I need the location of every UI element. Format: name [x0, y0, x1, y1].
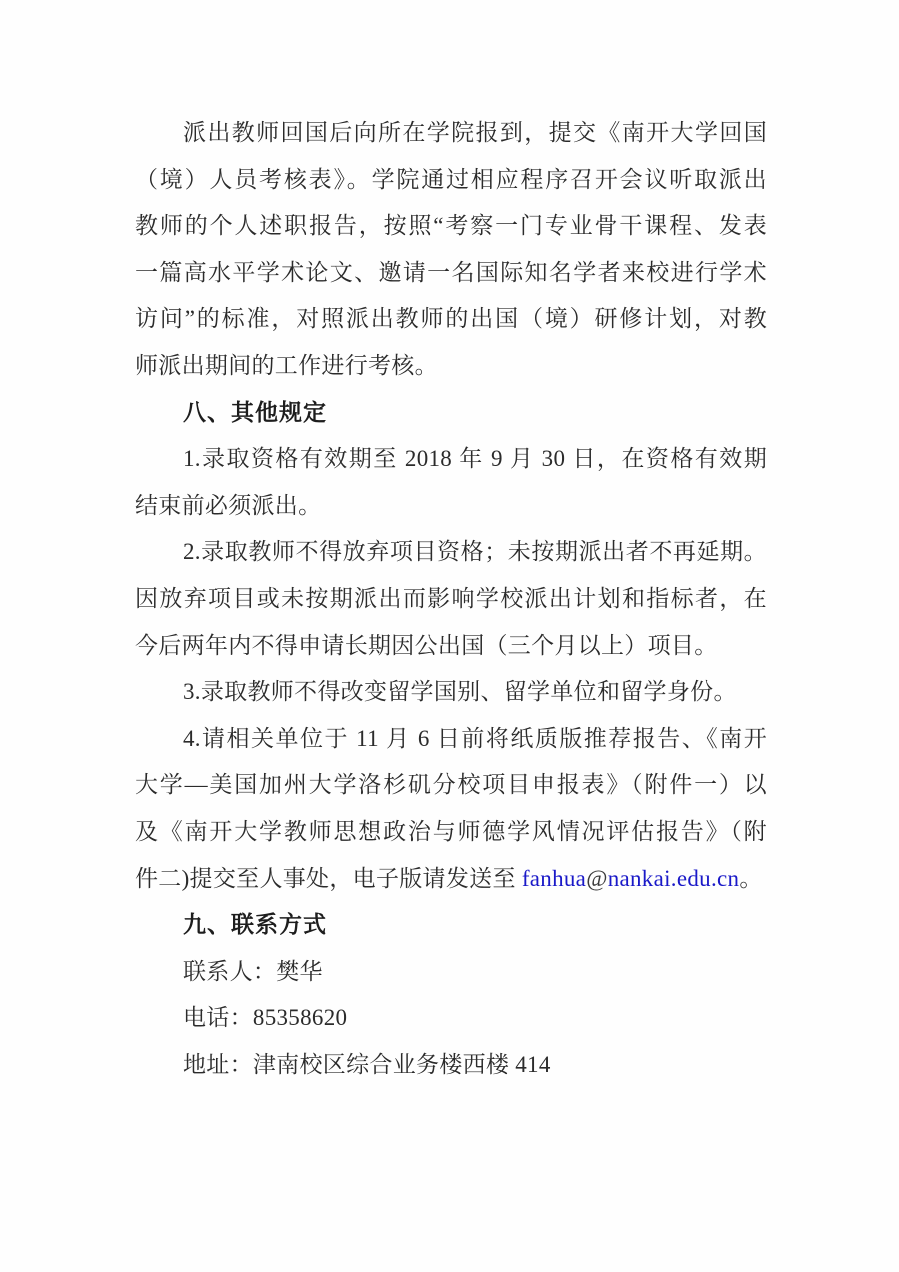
text-segment: 大学—美国加州大学洛杉矶分校项目申报表》（附件一）以: [135, 772, 767, 797]
text-segment: 1.录取资格有效期至 2018 年 9 月 30 日，在资格有效期: [183, 446, 767, 471]
text-segment: 九、联系方式: [183, 912, 327, 937]
paragraph-line: 今后两年内不得申请长期因公出国（三个月以上）项目。: [135, 623, 767, 670]
contact-address-line: 地址：津南校区综合业务楼西楼 414: [135, 1042, 767, 1089]
contact-name-line: 联系人：樊华: [135, 949, 767, 996]
paragraph-line: 及《南开大学教师思想政治与师德学风情况评估报告》（附: [135, 809, 767, 856]
paragraph-line: 3.录取教师不得改变留学国别、留学单位和留学身份。: [135, 669, 767, 716]
text-segment: 电话：85358620: [183, 1005, 347, 1030]
text-segment: 2.录取教师不得放弃项目资格；未按期派出者不再延期。: [183, 539, 767, 564]
text-segment: 教师的个人述职报告，按照“考察一门专业骨干课程、发表: [135, 213, 767, 238]
contact-phone-line: 电话：85358620: [135, 995, 767, 1042]
paragraph-line: 件二)提交至人事处，电子版请发送至 fanhua@nankai.edu.cn。: [135, 856, 767, 903]
paragraph-line: 教师的个人述职报告，按照“考察一门专业骨干课程、发表: [135, 203, 767, 250]
text-segment: 师派出期间的工作进行考核。: [135, 353, 438, 378]
paragraph-line: 一篇高水平学术论文、邀请一名国际知名学者来校进行学术: [135, 250, 767, 297]
text-segment: 3.录取教师不得改变留学国别、留学单位和留学身份。: [183, 679, 737, 704]
text-segment: 件二)提交至人事处，电子版请发送至: [135, 866, 522, 891]
text-segment: 4.请相关单位于 11 月 6 日前将纸质版推荐报告、《南开: [183, 726, 767, 751]
paragraph-line: 结束前必须派出。: [135, 483, 767, 530]
text-segment: （境）人员考核表》。学院通过相应程序召开会议听取派出: [135, 167, 767, 192]
text-segment: 及《南开大学教师思想政治与师德学风情况评估报告》（附: [135, 819, 767, 844]
text-segment: 一篇高水平学术论文、邀请一名国际知名学者来校进行学术: [135, 260, 767, 285]
text-segment: 结束前必须派出。: [135, 493, 321, 518]
text-segment: 联系人：樊华: [183, 959, 323, 984]
email-link[interactable]: nankai.edu.cn: [608, 866, 740, 891]
paragraph-line: 访问”的标准，对照派出教师的出国（境）研修计划，对教: [135, 296, 767, 343]
text-segment: 今后两年内不得申请长期因公出国（三个月以上）项目。: [135, 633, 718, 658]
document-body: 派出教师回国后向所在学院报到，提交《南开大学回国（境）人员考核表》。学院通过相应…: [135, 110, 767, 1088]
text-segment: 。: [739, 866, 762, 891]
email-link[interactable]: fanhua: [522, 866, 586, 891]
paragraph-line: 大学—美国加州大学洛杉矶分校项目申报表》（附件一）以: [135, 762, 767, 809]
text-segment: 地址：津南校区综合业务楼西楼 414: [183, 1052, 551, 1077]
paragraph-line: 师派出期间的工作进行考核。: [135, 343, 767, 390]
paragraph-line: （境）人员考核表》。学院通过相应程序召开会议听取派出: [135, 157, 767, 204]
paragraph-line: 派出教师回国后向所在学院报到，提交《南开大学回国: [135, 110, 767, 157]
email-at-sign[interactable]: @: [586, 866, 607, 891]
paragraph-line: 2.录取教师不得放弃项目资格；未按期派出者不再延期。: [135, 529, 767, 576]
text-segment: 派出教师回国后向所在学院报到，提交《南开大学回国: [183, 120, 767, 145]
text-segment: 访问”的标准，对照派出教师的出国（境）研修计划，对教: [135, 306, 767, 331]
section-8-heading: 八、其他规定: [135, 390, 767, 437]
text-segment: 八、其他规定: [183, 400, 327, 425]
paragraph-line: 1.录取资格有效期至 2018 年 9 月 30 日，在资格有效期: [135, 436, 767, 483]
paragraph-line: 因放弃项目或未按期派出而影响学校派出计划和指标者，在: [135, 576, 767, 623]
document-page: 派出教师回国后向所在学院报到，提交《南开大学回国（境）人员考核表》。学院通过相应…: [0, 0, 899, 1272]
paragraph-line: 4.请相关单位于 11 月 6 日前将纸质版推荐报告、《南开: [135, 716, 767, 763]
section-9-heading: 九、联系方式: [135, 902, 767, 949]
text-segment: 因放弃项目或未按期派出而影响学校派出计划和指标者，在: [135, 586, 767, 611]
